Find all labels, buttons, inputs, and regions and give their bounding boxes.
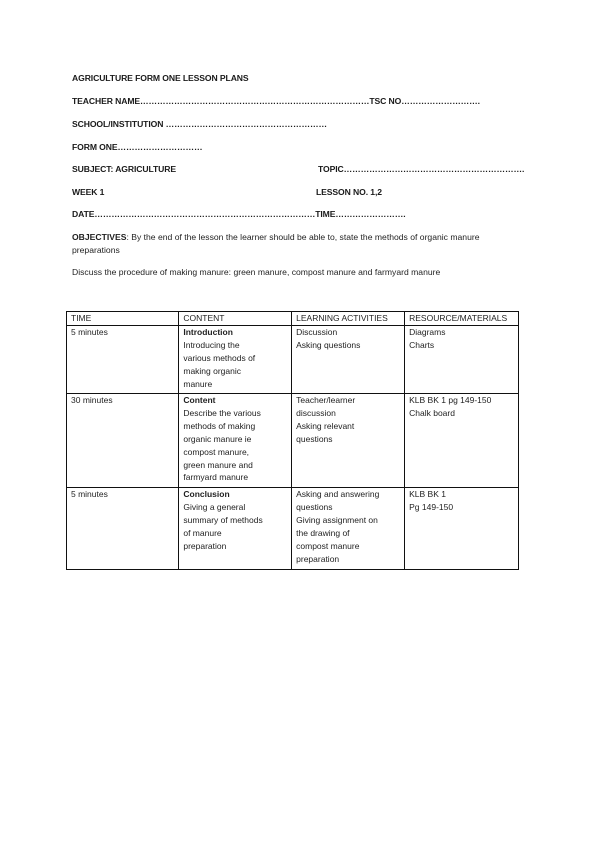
content-line: farmyard manure [183, 471, 287, 484]
resource-line: Pg 149-150 [409, 501, 514, 514]
resource-line: Chalk board [409, 407, 514, 420]
cell-learning-activities: DiscussionAsking questions [292, 326, 405, 394]
content-line: making organic [183, 365, 287, 378]
header-content: CONTENT [179, 312, 292, 326]
form-field: FORM ONE………………………… [72, 142, 202, 152]
content-line: compost manure, [183, 446, 287, 459]
resource-line: Charts [409, 339, 514, 352]
topic-field: TOPIC………………………………………………………. [318, 164, 524, 174]
document-page: AGRICULTURE FORM ONE LESSON PLANS TEACHE… [0, 0, 595, 841]
discussion-paragraph: Discuss the procedure of making manure: … [72, 266, 520, 279]
activity-line: questions [296, 433, 400, 446]
objectives-text: : By the end of the lesson the learner s… [72, 232, 480, 255]
lesson-plan-table: TIME CONTENT LEARNING ACTIVITIES RESOURC… [66, 311, 519, 570]
objectives-heading: OBJECTIVES [72, 232, 126, 242]
table-row: 30 minutesContentDescribe the variousmet… [67, 394, 519, 488]
activity-line: preparation [296, 553, 400, 566]
week-field: WEEK 1 [72, 187, 104, 197]
activity-line: Discussion [296, 326, 400, 339]
cell-content: ConclusionGiving a generalsummary of met… [179, 488, 292, 570]
cell-time: 30 minutes [67, 394, 179, 488]
content-line: Giving a general [183, 501, 287, 514]
resource-line: KLB BK 1 pg 149-150 [409, 394, 514, 407]
content-title: Content [183, 394, 287, 407]
activity-line: Teacher/learner [296, 394, 400, 407]
resource-line: KLB BK 1 [409, 488, 514, 501]
activity-line: Asking and answering [296, 488, 400, 501]
content-line: methods of making [183, 420, 287, 433]
activity-line: the drawing of [296, 527, 400, 540]
lesson-number-field: LESSON NO. 1,2 [316, 187, 382, 197]
subject-field: SUBJECT: AGRICULTURE [72, 164, 176, 174]
activity-line: Asking relevant [296, 420, 400, 433]
cell-learning-activities: Teacher/learnerdiscussionAsking relevant… [292, 394, 405, 488]
header-learning-activities: LEARNING ACTIVITIES [292, 312, 405, 326]
cell-time: 5 minutes [67, 326, 179, 394]
objectives-paragraph: OBJECTIVES: By the end of the lesson the… [72, 231, 520, 256]
content-line: organic manure ie [183, 433, 287, 446]
cell-time: 5 minutes [67, 488, 179, 570]
content-line: summary of methods [183, 514, 287, 527]
date-time-field: DATE……………………………………………………………………TIME………………… [72, 209, 406, 219]
cell-resources: KLB BK 1Pg 149-150 [405, 488, 519, 570]
content-line: of manure [183, 527, 287, 540]
content-title: Introduction [183, 326, 287, 339]
teacher-name-field: TEACHER NAME………………………………………………………………………T… [72, 96, 480, 106]
content-line: green manure and [183, 459, 287, 472]
content-line: manure [183, 378, 287, 391]
cell-resources: DiagramsCharts [405, 326, 519, 394]
resource-line: Diagrams [409, 326, 514, 339]
content-line: Describe the various [183, 407, 287, 420]
activity-line: questions [296, 501, 400, 514]
content-line: various methods of [183, 352, 287, 365]
table-row: 5 minutesIntroductionIntroducing thevari… [67, 326, 519, 394]
cell-learning-activities: Asking and answeringquestionsGiving assi… [292, 488, 405, 570]
activity-line: Asking questions [296, 339, 400, 352]
header-time: TIME [67, 312, 179, 326]
table-row: 5 minutesConclusionGiving a generalsumma… [67, 488, 519, 570]
activity-line: Giving assignment on [296, 514, 400, 527]
cell-content: IntroductionIntroducing thevarious metho… [179, 326, 292, 394]
activity-line: discussion [296, 407, 400, 420]
table-header-row: TIME CONTENT LEARNING ACTIVITIES RESOURC… [67, 312, 519, 326]
header-resources: RESOURCE/MATERIALS [405, 312, 519, 326]
cell-resources: KLB BK 1 pg 149-150Chalk board [405, 394, 519, 488]
cell-content: ContentDescribe the variousmethods of ma… [179, 394, 292, 488]
document-title: AGRICULTURE FORM ONE LESSON PLANS [72, 73, 249, 83]
content-line: preparation [183, 540, 287, 553]
school-field: SCHOOL/INSTITUTION ………………………………………………… [72, 119, 327, 129]
content-title: Conclusion [183, 488, 287, 501]
content-line: Introducing the [183, 339, 287, 352]
activity-line: compost manure [296, 540, 400, 553]
